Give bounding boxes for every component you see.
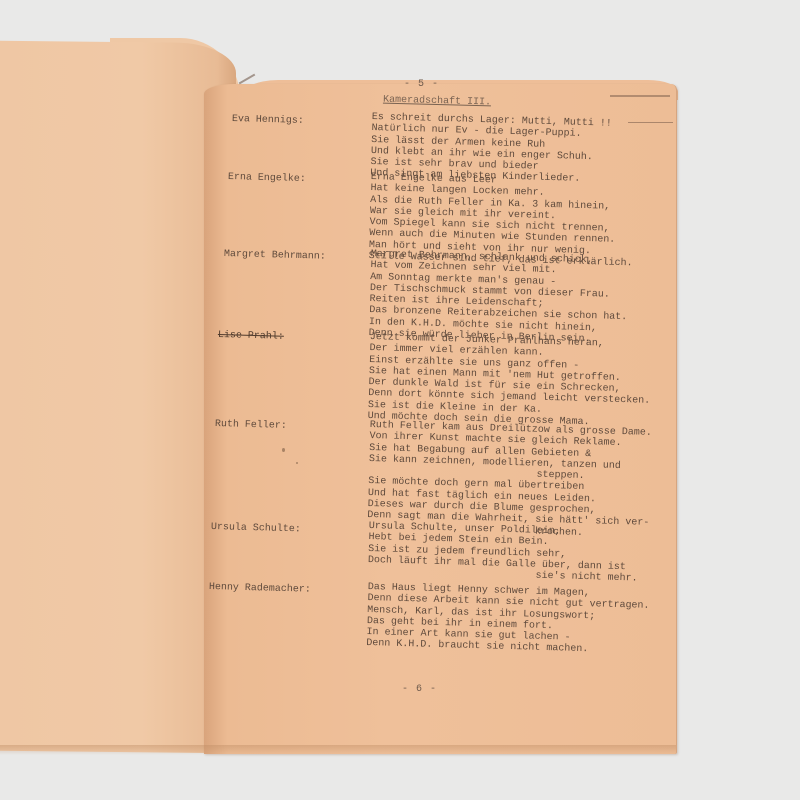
ink-smudge-top-right xyxy=(610,95,670,97)
page-shadow xyxy=(0,745,676,755)
ink-smudge-top-left xyxy=(239,74,256,85)
top-page-number: - 5 - xyxy=(404,79,439,90)
verse-stanza: Margret Behrmann, schlank und schick,Hat… xyxy=(368,249,628,347)
left-page xyxy=(0,41,236,753)
verse-stanza: Ursula Schulte, unser Poldilein,Hebt bei… xyxy=(367,521,639,585)
ink-speck xyxy=(296,462,298,464)
speaker-name: Eva Hennigs: xyxy=(232,114,304,127)
verse-stanza: Jetzt kommt der Junker Prahlhans heran,D… xyxy=(368,332,652,430)
speaker-name: Ursula Schulte: xyxy=(211,522,301,535)
speaker-name: Lise Prahl: xyxy=(218,330,284,343)
speaker-name: Erna Engelke: xyxy=(228,172,306,185)
verse-stanza: Das Haus liegt Henny schwer im Magen,Den… xyxy=(366,582,650,658)
ink-smudge-margin-right xyxy=(628,122,673,123)
bottom-page-number: - 6 - xyxy=(402,684,437,695)
speaker-name: Ruth Feller: xyxy=(215,419,287,432)
ink-speck xyxy=(282,448,285,452)
